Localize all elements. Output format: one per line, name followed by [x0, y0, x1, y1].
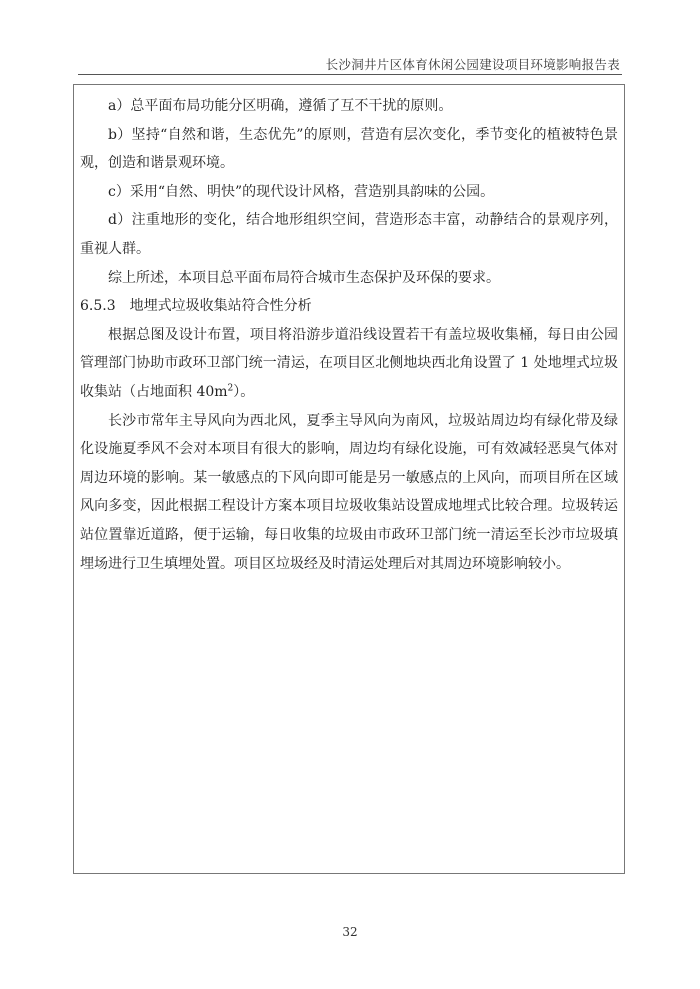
section-heading: 6.5.3地埋式垃圾收集站符合性分析: [80, 292, 618, 321]
paragraph-item-a: a）总平面布局功能分区明确，遵循了互不干扰的原则。: [80, 92, 618, 121]
page-number: 32: [0, 925, 700, 939]
paragraph-collection-layout: 根据总图及设计布置，项目将沿游步道沿线设置若干有盖垃圾收集桶，每日由公园管理部门…: [80, 321, 618, 407]
content-table-cell: a）总平面布局功能分区明确，遵循了互不干扰的原则。 b）坚持“自然和谐，生态优先…: [73, 84, 625, 874]
paragraph-text-end: ）。: [233, 384, 254, 400]
section-number: 6.5.3: [80, 298, 116, 314]
document-header-title: 长沙洞井片区体育休闲公园建设项目环境影响报告表: [326, 55, 620, 73]
paragraph-wind-analysis: 长沙市常年主导风向为西北风，夏季主导风向为南风，垃圾站周边均有绿化带及绿化设施夏…: [80, 407, 618, 579]
section-title: 地埋式垃圾收集站符合性分析: [130, 298, 312, 314]
paragraph-item-b: b）坚持“自然和谐，生态优先”的原则，营造有层次变化，季节变化的植被特色景观，创…: [80, 121, 618, 178]
paragraph-text: 根据总图及设计布置，项目将沿游步道沿线设置若干有盖垃圾收集桶，每日由公园管理部门…: [80, 327, 618, 400]
paragraph-item-c: c）采用“自然、明快”的现代设计风格，营造别具韵味的公园。: [80, 178, 618, 207]
content-body: a）总平面布局功能分区明确，遵循了互不干扰的原则。 b）坚持“自然和谐，生态优先…: [80, 92, 618, 578]
paragraph-item-d: d）注重地形的变化，结合地形组织空间，营造形态丰富，动静结合的景观序列，重视人群…: [80, 206, 618, 263]
header-divider: [78, 74, 622, 75]
paragraph-summary: 综上所述，本项目总平面布局符合城市生态保护及环保的要求。: [80, 264, 618, 293]
